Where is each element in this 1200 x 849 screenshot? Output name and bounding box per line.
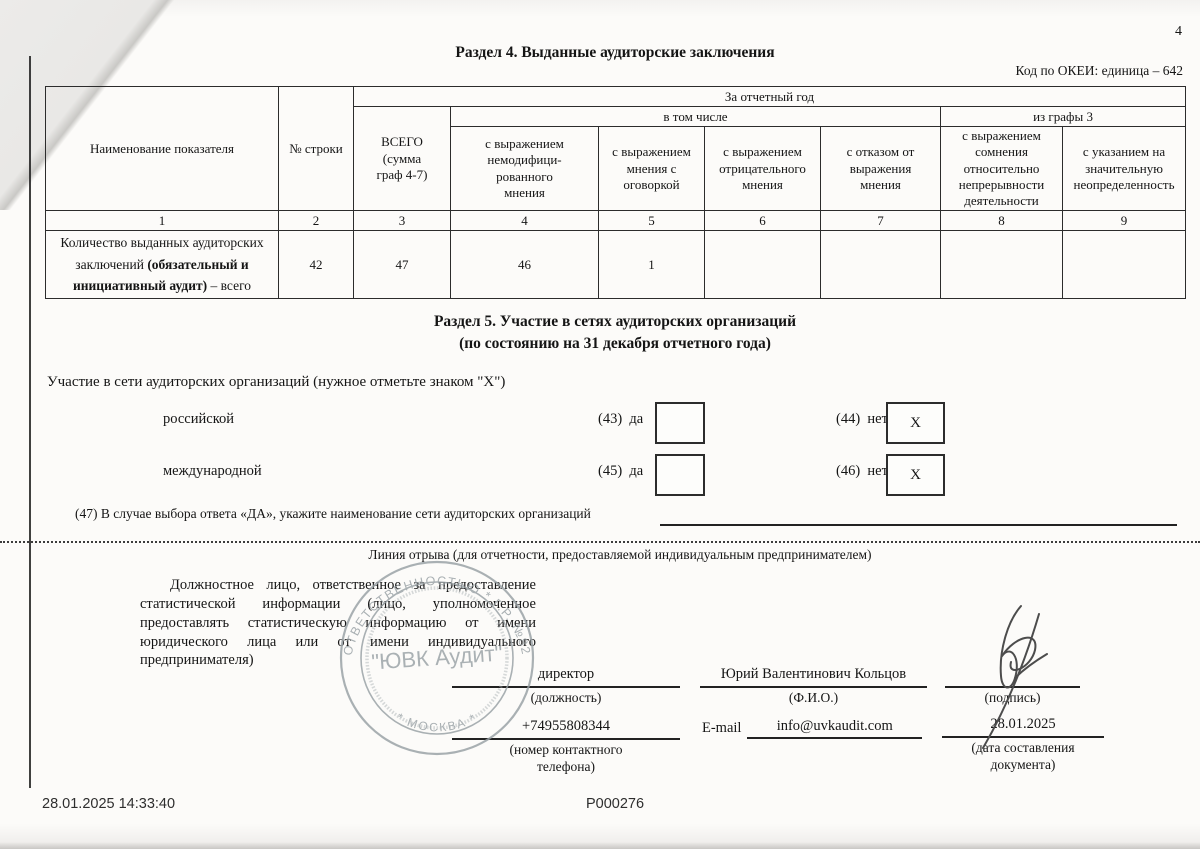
- header-col9: с указанием на значительную неопределенн…: [1063, 127, 1186, 211]
- okei-code: Код по ОКЕИ: единица – 642: [1016, 63, 1183, 79]
- section5-title-line2: (по состоянию на 31 декабря отчетного го…: [45, 333, 1185, 355]
- header-total: ВСЕГО (сумма граф 4-7): [354, 107, 451, 211]
- audit-conclusions-table: Наименование показателя № строки За отче…: [45, 86, 1186, 299]
- colnum-3: 3: [354, 211, 451, 231]
- colnum-6: 6: [705, 211, 821, 231]
- header-col8: с выражением сомнения относительно непре…: [941, 127, 1063, 211]
- colnum-4: 4: [451, 211, 599, 231]
- position-label: (должность): [452, 688, 680, 707]
- value-total: 47: [354, 231, 451, 299]
- section5-title: Раздел 5. Участие в сетях аудиторских ор…: [45, 311, 1185, 356]
- indicator-label: Количество выданных аудиторских заключен…: [46, 231, 279, 299]
- checkbox-mark: X: [910, 415, 921, 432]
- header-col5: с выражением мнения с оговоркой: [599, 127, 705, 211]
- header-indicator-name: Наименование показателя: [46, 87, 279, 211]
- header-including: в том числе: [451, 107, 941, 127]
- header-line-number: № строки: [279, 87, 354, 211]
- network-row-label-international: международной: [163, 463, 262, 480]
- header-col7: с отказом от выражения мнения: [821, 127, 941, 211]
- checkbox-mark: X: [910, 467, 921, 484]
- name-value: Юрий Валентинович Кольцов: [700, 666, 927, 688]
- scan-edge-line: [29, 56, 31, 788]
- position-field: директор (должность): [452, 666, 680, 707]
- section5-title-line1: Раздел 5. Участие в сетях аудиторских ор…: [45, 311, 1185, 333]
- colnum-2: 2: [279, 211, 354, 231]
- network-participation-prompt: Участие в сети аудиторских организаций (…: [47, 374, 505, 391]
- line47-blank-line: [660, 524, 1177, 526]
- checkbox-international-yes[interactable]: [655, 454, 705, 496]
- line47-text: (47) В случае выбора ответа «ДА», укажит…: [75, 506, 591, 522]
- value-col8: [941, 231, 1063, 299]
- header-col4: с выражением немодифици- рованного мнени…: [451, 127, 599, 211]
- colnum-5: 5: [599, 211, 705, 231]
- colnum-7: 7: [821, 211, 941, 231]
- date-label: (дата составления документа): [942, 738, 1104, 774]
- network-row-label-russian: российской: [163, 411, 234, 428]
- header-of-column3: из графы 3: [941, 107, 1186, 127]
- name-label: (Ф.И.О.): [700, 688, 927, 707]
- section4-title: Раздел 4. Выданные аудиторские заключени…: [45, 44, 1185, 62]
- phone-field: +74955808344 (номер контактного телефона…: [452, 718, 680, 776]
- date-field: 28.01.2025 (дата составления документа): [942, 716, 1104, 774]
- column-number-row: 1 2 3 4 5 6 7 8 9: [46, 211, 1186, 231]
- scanned-form-page: 4 Раздел 4. Выданные аудиторские заключе…: [0, 0, 1200, 849]
- phone-label: (номер контактного телефона): [452, 740, 680, 776]
- email-field: E-mail info@uvkaudit.com: [702, 718, 922, 739]
- colnum-9: 9: [1063, 211, 1186, 231]
- checkbox-russian-yes[interactable]: [655, 402, 705, 444]
- signature-field: (подпись): [945, 640, 1080, 707]
- checkbox-no-caption-44: (44) нет: [836, 411, 888, 428]
- scan-bottom-shadow: [0, 842, 1200, 849]
- signature-label: (подпись): [945, 688, 1080, 707]
- value-col7: [821, 231, 941, 299]
- checkbox-no-caption-46: (46) нет: [836, 463, 888, 480]
- date-value: 28.01.2025: [942, 716, 1104, 738]
- value-col4: 46: [451, 231, 599, 299]
- signature-line: [945, 640, 1080, 688]
- email-label: E-mail: [702, 720, 741, 739]
- position-value: директор: [452, 666, 680, 688]
- value-line-no: 42: [279, 231, 354, 299]
- checkbox-international-no[interactable]: X: [886, 454, 945, 496]
- table-row: Количество выданных аудиторских заключен…: [46, 231, 1186, 299]
- tear-line-label: Линия отрыва (для отчетности, предоставл…: [0, 547, 1200, 563]
- phone-value: +74955808344: [452, 718, 680, 740]
- checkbox-russian-no[interactable]: X: [886, 402, 945, 444]
- header-col6: с выражением отрицательного мнения: [705, 127, 821, 211]
- header-reporting-year: За отчетный год: [354, 87, 1186, 107]
- responsible-official-paragraph: Должностное лицо, ответственное за предо…: [140, 576, 536, 670]
- colnum-1: 1: [46, 211, 279, 231]
- email-value: info@uvkaudit.com: [747, 718, 922, 739]
- value-col5: 1: [599, 231, 705, 299]
- checkbox-yes-caption-45: (45) да: [598, 463, 643, 480]
- tear-line: [0, 541, 1200, 543]
- checkbox-yes-caption-43: (43) да: [598, 411, 643, 428]
- name-field: Юрий Валентинович Кольцов (Ф.И.О.): [700, 666, 927, 707]
- colnum-8: 8: [941, 211, 1063, 231]
- scan-code: P000276: [586, 796, 644, 812]
- value-col9: [1063, 231, 1186, 299]
- page-number: 4: [1175, 24, 1182, 40]
- scan-datetime: 28.01.2025 14:33:40: [42, 796, 175, 812]
- value-col6: [705, 231, 821, 299]
